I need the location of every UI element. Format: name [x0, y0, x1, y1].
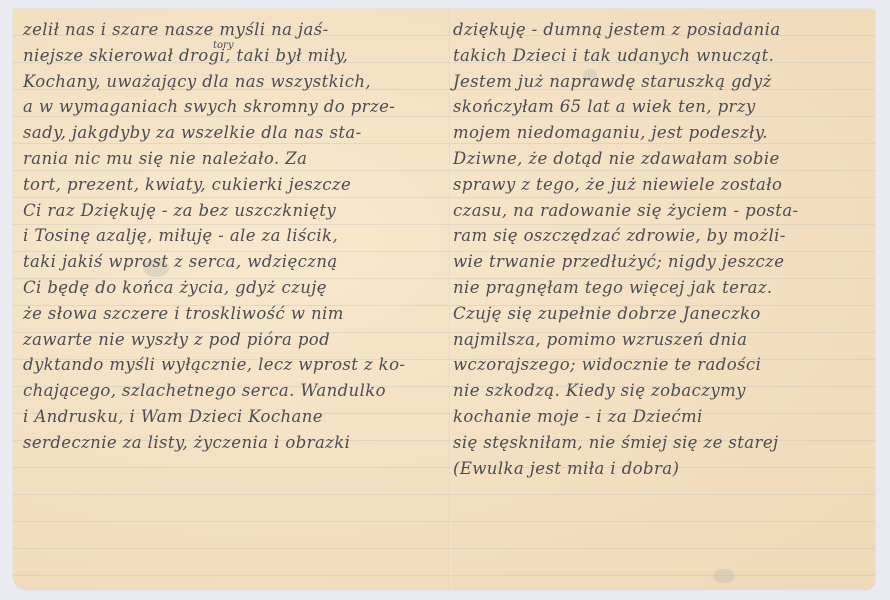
- text-line: takich Dzieci i tak udanych wnucząt.: [453, 43, 873, 69]
- text-line: i Tosinę azalję, miłuję - ale za liścik,: [23, 223, 443, 249]
- text-line: dziękuję - dumną jestem z posiadania: [453, 17, 873, 43]
- text-line: chającego, szlachetnego serca. Wandulko: [23, 378, 443, 404]
- text-line: zawarte nie wyszły z pod pióra pod: [23, 327, 443, 353]
- text-line: Ci będę do końca życia, gdyż czuję: [23, 275, 443, 301]
- text-line: Jestem już naprawdę staruszką gdyż: [453, 69, 873, 95]
- text-line: nie pragnęłam tego więcej jak teraz.: [453, 275, 873, 301]
- left-page: tory zelił nas i szare nasze myśli na ja…: [23, 17, 443, 456]
- text-line: mojem niedomaganiu, jest podeszły.: [453, 120, 873, 146]
- text-line: Ci raz Dziękuję - za bez uszczknięty: [23, 198, 443, 224]
- text-line: dyktando myśli wyłącznie, lecz wprost z …: [23, 352, 443, 378]
- insertion-note: tory: [213, 40, 233, 51]
- paper-sheet: tory zelił nas i szare nasze myśli na ja…: [13, 9, 875, 590]
- text-line: Dziwne, że dotąd nie zdawałam sobie: [453, 146, 873, 172]
- scanned-letter: tory zelił nas i szare nasze myśli na ja…: [0, 0, 890, 600]
- text-line: (Ewulka jest miła i dobra): [453, 456, 873, 482]
- text-line: wczorajszego; widocznie te radości: [453, 352, 873, 378]
- text-line: i Andrusku, i Wam Dzieci Kochane: [23, 404, 443, 430]
- text-line: nie szkodzą. Kiedy się zobaczymy: [453, 378, 873, 404]
- text-line: się stęskniłam, nie śmiej się ze starej: [453, 430, 873, 456]
- text-line: czasu, na radowanie się życiem - posta-: [453, 198, 873, 224]
- ink-stain: [713, 569, 735, 583]
- text-line: serdecznie za listy, życzenia i obrazki: [23, 430, 443, 456]
- text-line: ram się oszczędzać zdrowie, by możli-: [453, 223, 873, 249]
- text-line: wie trwanie przedłużyć; nigdy jeszcze: [453, 249, 873, 275]
- text-line: najmilsza, pomimo wzruszeń dnia: [453, 327, 873, 353]
- text-line: a w wymaganiach swych skromny do prze-: [23, 94, 443, 120]
- text-line: sady, jakgdyby za wszelkie dla nas sta-: [23, 120, 443, 146]
- text-line: skończyłam 65 lat a wiek ten, przy: [453, 94, 873, 120]
- text-line: kochanie moje - i za Dziećmi: [453, 404, 873, 430]
- text-line: rania nic mu się nie należało. Za: [23, 146, 443, 172]
- text-line: taki jakiś wprost z serca, wdzięczną: [23, 249, 443, 275]
- right-page: dziękuję - dumną jestem z posiadania tak…: [453, 17, 873, 481]
- text-line: że słowa szczere i troskliwość w nim: [23, 301, 443, 327]
- text-line: Kochany, uważający dla nas wszystkich,: [23, 69, 443, 95]
- text-line: sprawy z tego, że już niewiele zostało: [453, 172, 873, 198]
- text-line: tort, prezent, kwiaty, cukierki jeszcze: [23, 172, 443, 198]
- text-line: zelił nas i szare nasze myśli na jaś-: [23, 17, 443, 43]
- center-fold: [449, 9, 451, 590]
- text-line: Czuję się zupełnie dobrze Janeczko: [453, 301, 873, 327]
